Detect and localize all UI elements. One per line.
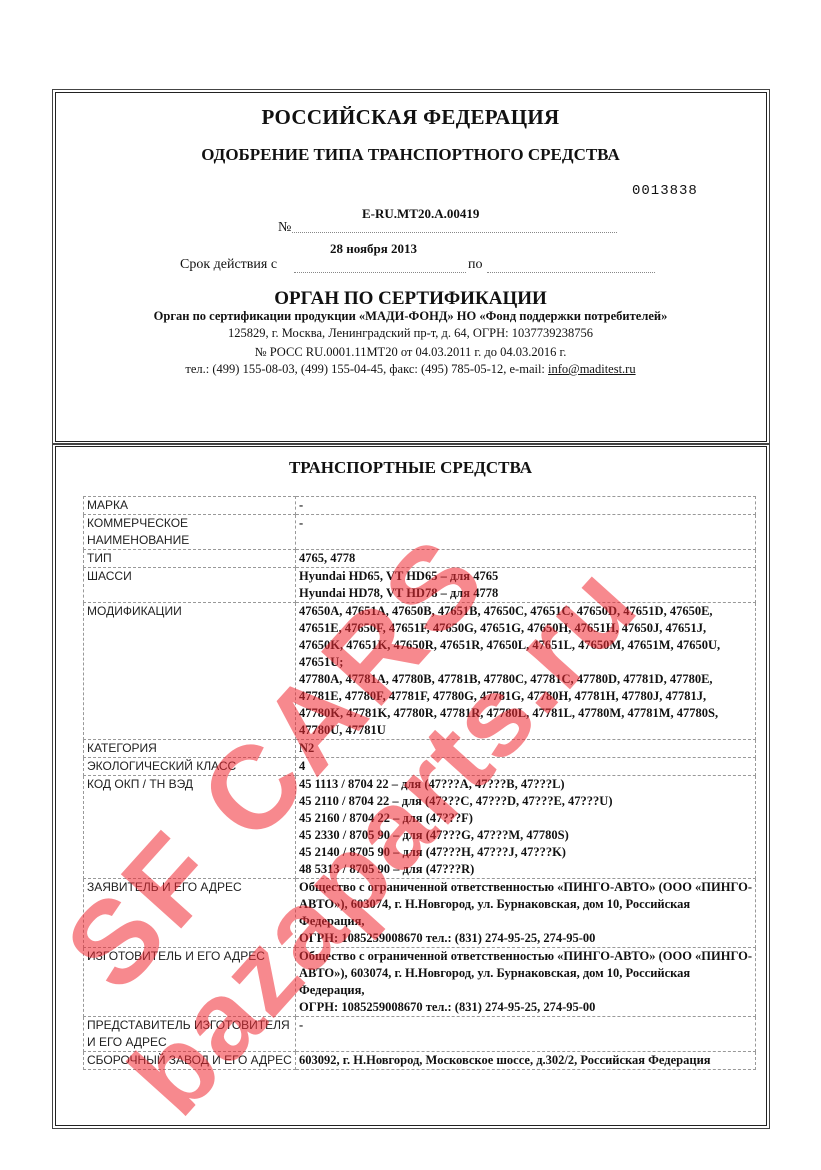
row-label: ПРЕДСТАВИТЕЛЬ ИЗГОТОВИТЕЛЯ И ЕГО АДРЕС [84,1017,296,1052]
row-value: 4 [296,758,756,776]
row-value: 4765, 4778 [296,550,756,568]
value-line: 45 2330 / 8705 90 – для (47???G, 47???M,… [299,827,752,844]
value-line: Hyundai HD78, VT HD78 – для 4778 [299,585,752,602]
table-row: ТИП4765, 4778 [84,550,756,568]
table-row: МОДИФИКАЦИИ47650A, 47651A, 47650B, 47651… [84,603,756,740]
country-title: РОССИЙСКАЯ ФЕДЕРАЦИЯ [0,105,821,130]
table-row: ЭКОЛОГИЧЕСКИЙ КЛАСС4 [84,758,756,776]
row-label: СБОРОЧНЫЙ ЗАВОД И ЕГО АДРЕС [84,1052,296,1070]
value-line: 603092, г. Н.Новгород, Московское шоссе,… [299,1052,752,1069]
value-line: 45 2110 / 8704 22 – для (47???C, 47???D,… [299,793,752,810]
validity-to-underline [487,272,655,273]
row-value: N2 [296,740,756,758]
table-row: СБОРОЧНЫЙ ЗАВОД И ЕГО АДРЕС603092, г. Н.… [84,1052,756,1070]
row-value: 603092, г. Н.Новгород, Московское шоссе,… [296,1052,756,1070]
validity-from-label: Срок действия с [180,257,277,273]
value-line: 45 2160 / 8704 22 – для (47???F) [299,810,752,827]
table-row: ЗАЯВИТЕЛЬ И ЕГО АДРЕСОбщество с ограниче… [84,879,756,948]
contacts-text: тел.: (499) 155-08-03, (499) 155-04-45, … [185,362,548,376]
certification-body-title: ОРГАН ПО СЕРТИФИКАЦИИ [0,288,821,310]
value-line: 47650A, 47651A, 47650B, 47651B, 47650C, … [299,603,752,671]
issue-date: 28 ноября 2013 [330,241,417,257]
value-line: 4 [299,758,752,775]
value-line: 45 1113 / 8704 22 – для (47???A, 47???B,… [299,776,752,793]
value-line: Общество с ограниченной ответственностью… [299,948,752,999]
approval-number: E-RU.MT20.A.00419 [362,206,479,222]
row-label: КОММЕРЧЕСКОЕ НАИМЕНОВАНИЕ [84,515,296,550]
row-label: МОДИФИКАЦИИ [84,603,296,740]
validity-from-underline [294,272,466,273]
serial-number: 0013838 [632,183,698,199]
certification-body-address: 125829, г. Москва, Ленинградский пр-т, д… [0,326,821,341]
certification-body-accreditation: № РОСС RU.0001.11МТ20 от 04.03.2011 г. д… [0,345,821,360]
row-label: КОД ОКП / ТН ВЭД [84,776,296,879]
validity-to-label: по [468,257,483,273]
value-line: - [299,497,752,514]
row-label: ЗАЯВИТЕЛЬ И ЕГО АДРЕС [84,879,296,948]
row-label: ТИП [84,550,296,568]
value-line: 48 5313 / 8705 90 – для (47???R) [299,861,752,878]
row-value: Общество с ограниченной ответственностью… [296,879,756,948]
certification-body-name: Орган по сертификации продукции «МАДИ-ФО… [0,309,821,324]
table-row: КАТЕГОРИЯN2 [84,740,756,758]
document-title: ОДОБРЕНИЕ ТИПА ТРАНСПОРТНОГО СРЕДСТВА [0,145,821,165]
table-row: ИЗГОТОВИТЕЛЬ И ЕГО АДРЕСОбщество с огран… [84,948,756,1017]
value-line: 45 2140 / 8705 90 – для (47???H, 47???J,… [299,844,752,861]
row-value: - [296,1017,756,1052]
row-value: Hyundai HD65, VT HD65 – для 4765Hyundai … [296,568,756,603]
table-row: КОД ОКП / ТН ВЭД45 1113 / 8704 22 – для … [84,776,756,879]
value-line: 4765, 4778 [299,550,752,567]
table-row: МАРКА- [84,497,756,515]
row-label: КАТЕГОРИЯ [84,740,296,758]
table-row: ПРЕДСТАВИТЕЛЬ ИЗГОТОВИТЕЛЯ И ЕГО АДРЕС- [84,1017,756,1052]
vehicle-spec-table: МАРКА-КОММЕРЧЕСКОЕ НАИМЕНОВАНИЕ-ТИП4765,… [83,496,756,1070]
row-label: ЭКОЛОГИЧЕСКИЙ КЛАСС [84,758,296,776]
value-line: - [299,1017,752,1034]
row-value: - [296,497,756,515]
value-line: Hyundai HD65, VT HD65 – для 4765 [299,568,752,585]
certification-body-contacts: тел.: (499) 155-08-03, (499) 155-04-45, … [0,362,821,377]
row-label: ШАССИ [84,568,296,603]
value-line: - [299,515,752,532]
value-line: ОГРН: 1085259008670 тел.: (831) 274-95-2… [299,930,752,947]
vehicles-section-title: ТРАНСПОРТНЫЕ СРЕДСТВА [0,458,821,478]
value-line: N2 [299,740,752,757]
row-label: МАРКА [84,497,296,515]
table-row: КОММЕРЧЕСКОЕ НАИМЕНОВАНИЕ- [84,515,756,550]
table-row: ШАССИHyundai HD65, VT HD65 – для 4765Hyu… [84,568,756,603]
value-line: 47780A, 47781A, 47780B, 47781B, 47780C, … [299,671,752,739]
number-underline [292,232,617,233]
row-label: ИЗГОТОВИТЕЛЬ И ЕГО АДРЕС [84,948,296,1017]
number-label: № [278,220,291,236]
row-value: 45 1113 / 8704 22 – для (47???A, 47???B,… [296,776,756,879]
row-value: Общество с ограниченной ответственностью… [296,948,756,1017]
value-line: ОГРН: 1085259008670 тел.: (831) 274-95-2… [299,999,752,1016]
value-line: Общество с ограниченной ответственностью… [299,879,752,930]
row-value: - [296,515,756,550]
row-value: 47650A, 47651A, 47650B, 47651B, 47650C, … [296,603,756,740]
email-link[interactable]: info@maditest.ru [548,362,636,376]
